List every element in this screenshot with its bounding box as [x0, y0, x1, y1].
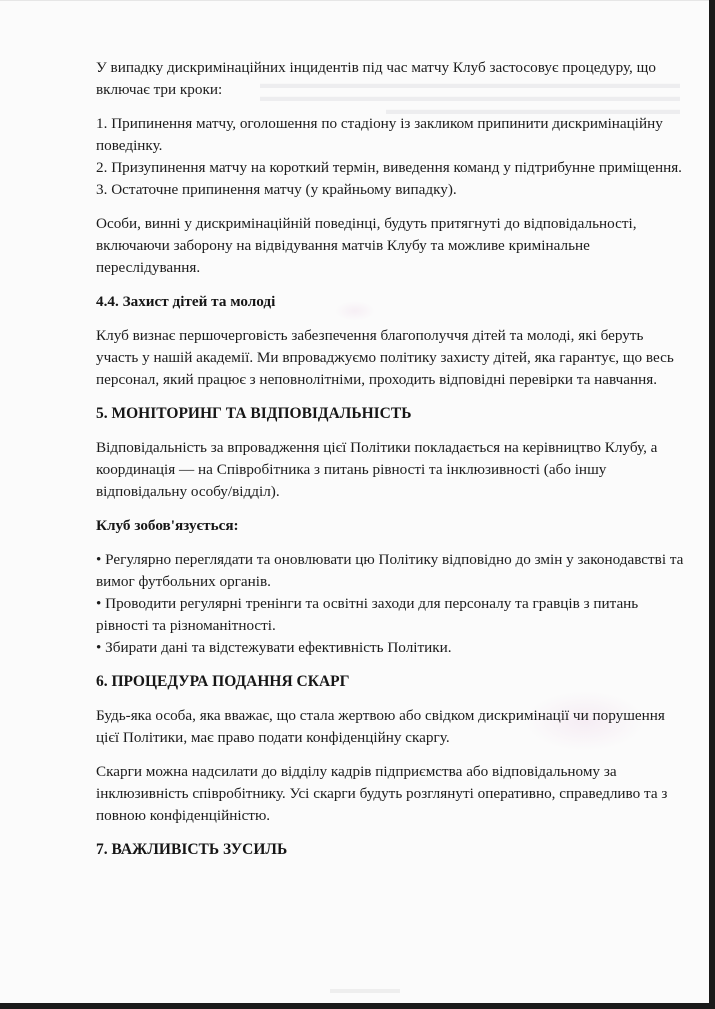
section-6-paragraph: Скарги можна надсилати до відділу кадрів…	[96, 761, 686, 827]
section-4-4-text: Клуб визнає першочерговість забезпечення…	[96, 325, 686, 391]
liability-paragraph: Особи, винні у дискримінаційній поведінц…	[96, 213, 686, 279]
faint-footer-mark	[330, 989, 400, 993]
procedure-steps: 1. Припинення матчу, оголошення по стаді…	[96, 113, 686, 201]
procedure-step: 2. Призупинення матчу на короткий термін…	[96, 157, 686, 179]
section-5-heading: 5. МОНІТОРИНГ ТА ВІДПОВІДАЛЬНІСТЬ	[96, 403, 686, 425]
commitments-list: • Регулярно переглядати та оновлювати цю…	[96, 549, 686, 659]
section-6-paragraph: Будь-яка особа, яка вважає, що стала жер…	[96, 705, 686, 749]
document-body: У випадку дискримінаційних інцидентів пі…	[96, 57, 686, 873]
section-5-text: Відповідальність за впровадження цієї По…	[96, 437, 686, 503]
intro-paragraph: У випадку дискримінаційних інцидентів пі…	[96, 57, 686, 101]
procedure-step: 3. Остаточне припинення матчу (у крайньо…	[96, 179, 686, 201]
section-4-4-heading: 4.4. Захист дітей та молоді	[96, 291, 686, 313]
scanned-page: ▬▬▬▬▬▬▬▬▬▬▬▬▬▬▬▬▬▬▬▬▬▬▬▬▬▬▬▬▬▬ ▬▬▬▬▬▬▬▬▬…	[0, 0, 709, 1003]
commitments-heading: Клуб зобов'язується:	[96, 515, 686, 537]
section-6-heading: 6. ПРОЦЕДУРА ПОДАННЯ СКАРГ	[96, 671, 686, 693]
section-7-heading: 7. ВАЖЛИВІСТЬ ЗУСИЛЬ	[96, 839, 686, 861]
commitment-item: • Проводити регулярні тренінги та освітн…	[96, 593, 686, 637]
commitment-item: • Збирати дані та відстежувати ефективні…	[96, 637, 686, 659]
procedure-step: 1. Припинення матчу, оголошення по стаді…	[96, 113, 686, 157]
commitment-item: • Регулярно переглядати та оновлювати цю…	[96, 549, 686, 593]
